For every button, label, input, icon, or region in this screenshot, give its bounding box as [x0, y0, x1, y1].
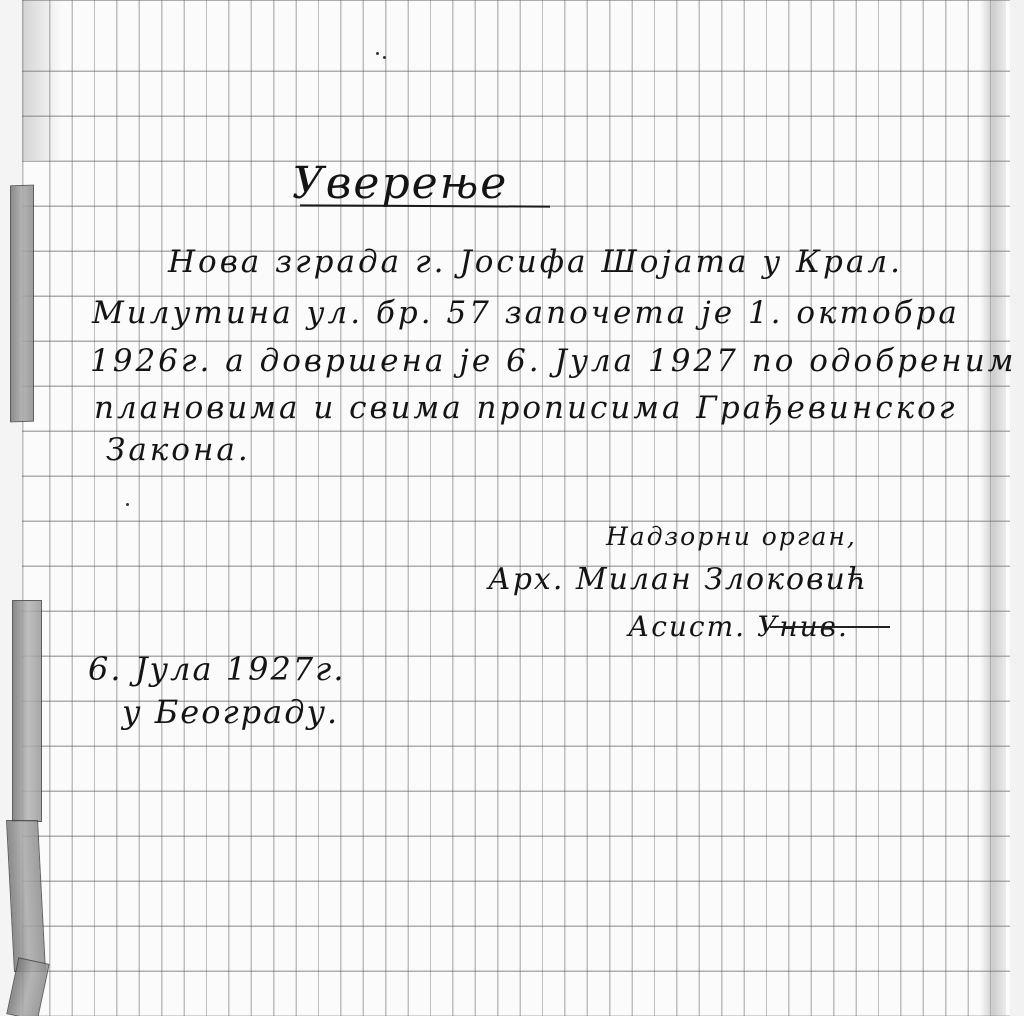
- ink-speck: [383, 56, 386, 59]
- body-line-3: 1926г. а довршена је 6. Јула 1927 по одо…: [90, 343, 1016, 379]
- graph-paper-sheet: [22, 0, 1012, 1016]
- body-line-5: Закона.: [106, 432, 251, 468]
- body-line-2: Милутина ул. бр. 57 започета је 1. октоб…: [92, 295, 960, 331]
- paper-edge-shadow: [22, 0, 62, 160]
- ink-speck: [376, 52, 379, 55]
- document-place: у Београду.: [122, 693, 339, 731]
- adhesive-tape-strip: [12, 600, 42, 822]
- ink-speck: [126, 503, 129, 506]
- signature-name: Арх. Милан Злоковић: [488, 562, 868, 597]
- signature-role: Надзорни орган,: [606, 522, 857, 551]
- document-date: 6. Јула 1927г.: [88, 650, 346, 688]
- adhesive-tape-strip: [10, 185, 34, 423]
- scan-margin: [1010, 0, 1024, 1016]
- signature-underline: [770, 626, 890, 628]
- body-line-1: Нова зграда г. Јосифа Шојата у Крал.: [168, 244, 903, 280]
- document-title: Уверење: [292, 158, 508, 209]
- body-line-4: плановима и свима прописима Грађевинског: [94, 390, 957, 426]
- paper-fold-shadow: [980, 0, 1006, 1016]
